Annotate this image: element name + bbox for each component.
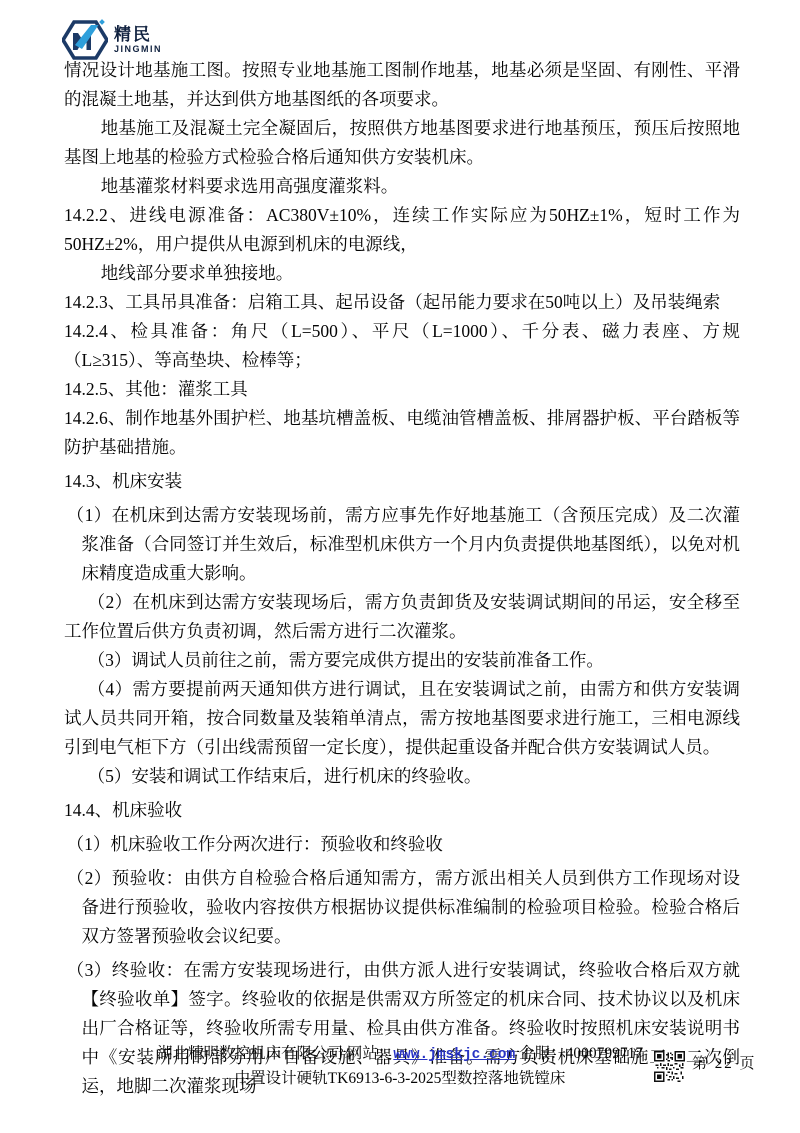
- section-title-14-3: 14.3、机床安装: [64, 467, 740, 496]
- paragraph: 地基灌浆材料要求选用高强度灌浆料。: [64, 172, 740, 201]
- list-item: （2）预验收：由供方自检验合格后通知需方，需方派出相关人员到供方工作现场对设备进…: [64, 864, 740, 951]
- qr-code: [654, 1051, 685, 1082]
- page-number: 第 22 页: [692, 1052, 757, 1073]
- service-label: 企服：: [515, 1045, 565, 1062]
- document-body: 情况设计地基施工图。按照专业地基施工图制作地基，地基必须是坚固、有刚性、平滑的混…: [64, 56, 740, 1101]
- list-item: （4）需方要提前两天通知供方进行调试，且在安装调试之前，由需方和供方安装调试人员…: [64, 675, 740, 762]
- list-item: （3）调试人员前往之前，需方要完成供方提出的安装前准备工作。: [64, 646, 740, 675]
- list-item: （2）在机床到达需方安装现场后，需方负责卸货及安装调试期间的吊运，安全移至工作位…: [64, 588, 740, 646]
- list-item: （1）机床验收工作分两次进行：预验收和终验收: [64, 830, 740, 859]
- logo-text: 精民 JINGMIN: [114, 26, 162, 54]
- logo-en-label: JINGMIN: [114, 45, 162, 54]
- company-name: 湖北精明数控机床有限公司: [157, 1045, 343, 1062]
- website-label: 网站：: [343, 1045, 393, 1062]
- clause-14-2-5: 14.2.5、其他：灌浆工具: [64, 375, 740, 404]
- clause-14-2-2: 14.2.2、进线电源准备：AC380V±10%，连续工作实际应为50HZ±1%…: [64, 201, 740, 259]
- section-title-14-4: 14.4、机床验收: [64, 796, 740, 825]
- service-phone: 4000799717: [566, 1045, 644, 1062]
- clause-14-2-3: 14.2.3、工具吊具准备：启箱工具、起吊设备（起吊能力要求在50吨以上）及吊装…: [64, 288, 740, 317]
- paragraph: 地基施工及混凝土完全凝固后，按照供方地基图要求进行地基预压，预压后按照地基图上地…: [64, 114, 740, 172]
- paragraph: 情况设计地基施工图。按照专业地基施工图制作地基，地基必须是坚固、有刚性、平滑的混…: [64, 56, 740, 114]
- website-link[interactable]: www.jmskjc.com: [393, 1047, 515, 1063]
- clause-14-2-4: 14.2.4、检具准备：角尺（L=500）、平尺（L=1000）、千分表、磁力表…: [64, 317, 740, 375]
- paragraph: 地线部分要求单独接地。: [64, 259, 740, 288]
- clause-14-2-6: 14.2.6、制作地基外围护栏、地基坑槽盖板、电缆油管槽盖板、排屑器护板、平台踏…: [64, 404, 740, 462]
- list-item: （1）在机床到达需方安装现场前，需方应事先作好地基施工（含预压完成）及二次灌浆准…: [64, 501, 740, 588]
- document-page: 精民 JINGMIN 情况设计地基施工图。按照专业地基施工图制作地基，地基必须是…: [0, 0, 800, 1133]
- list-item: （5）安装和调试工作结束后，进行机床的终验收。: [64, 762, 740, 791]
- logo-cn-label: 精民: [114, 26, 162, 43]
